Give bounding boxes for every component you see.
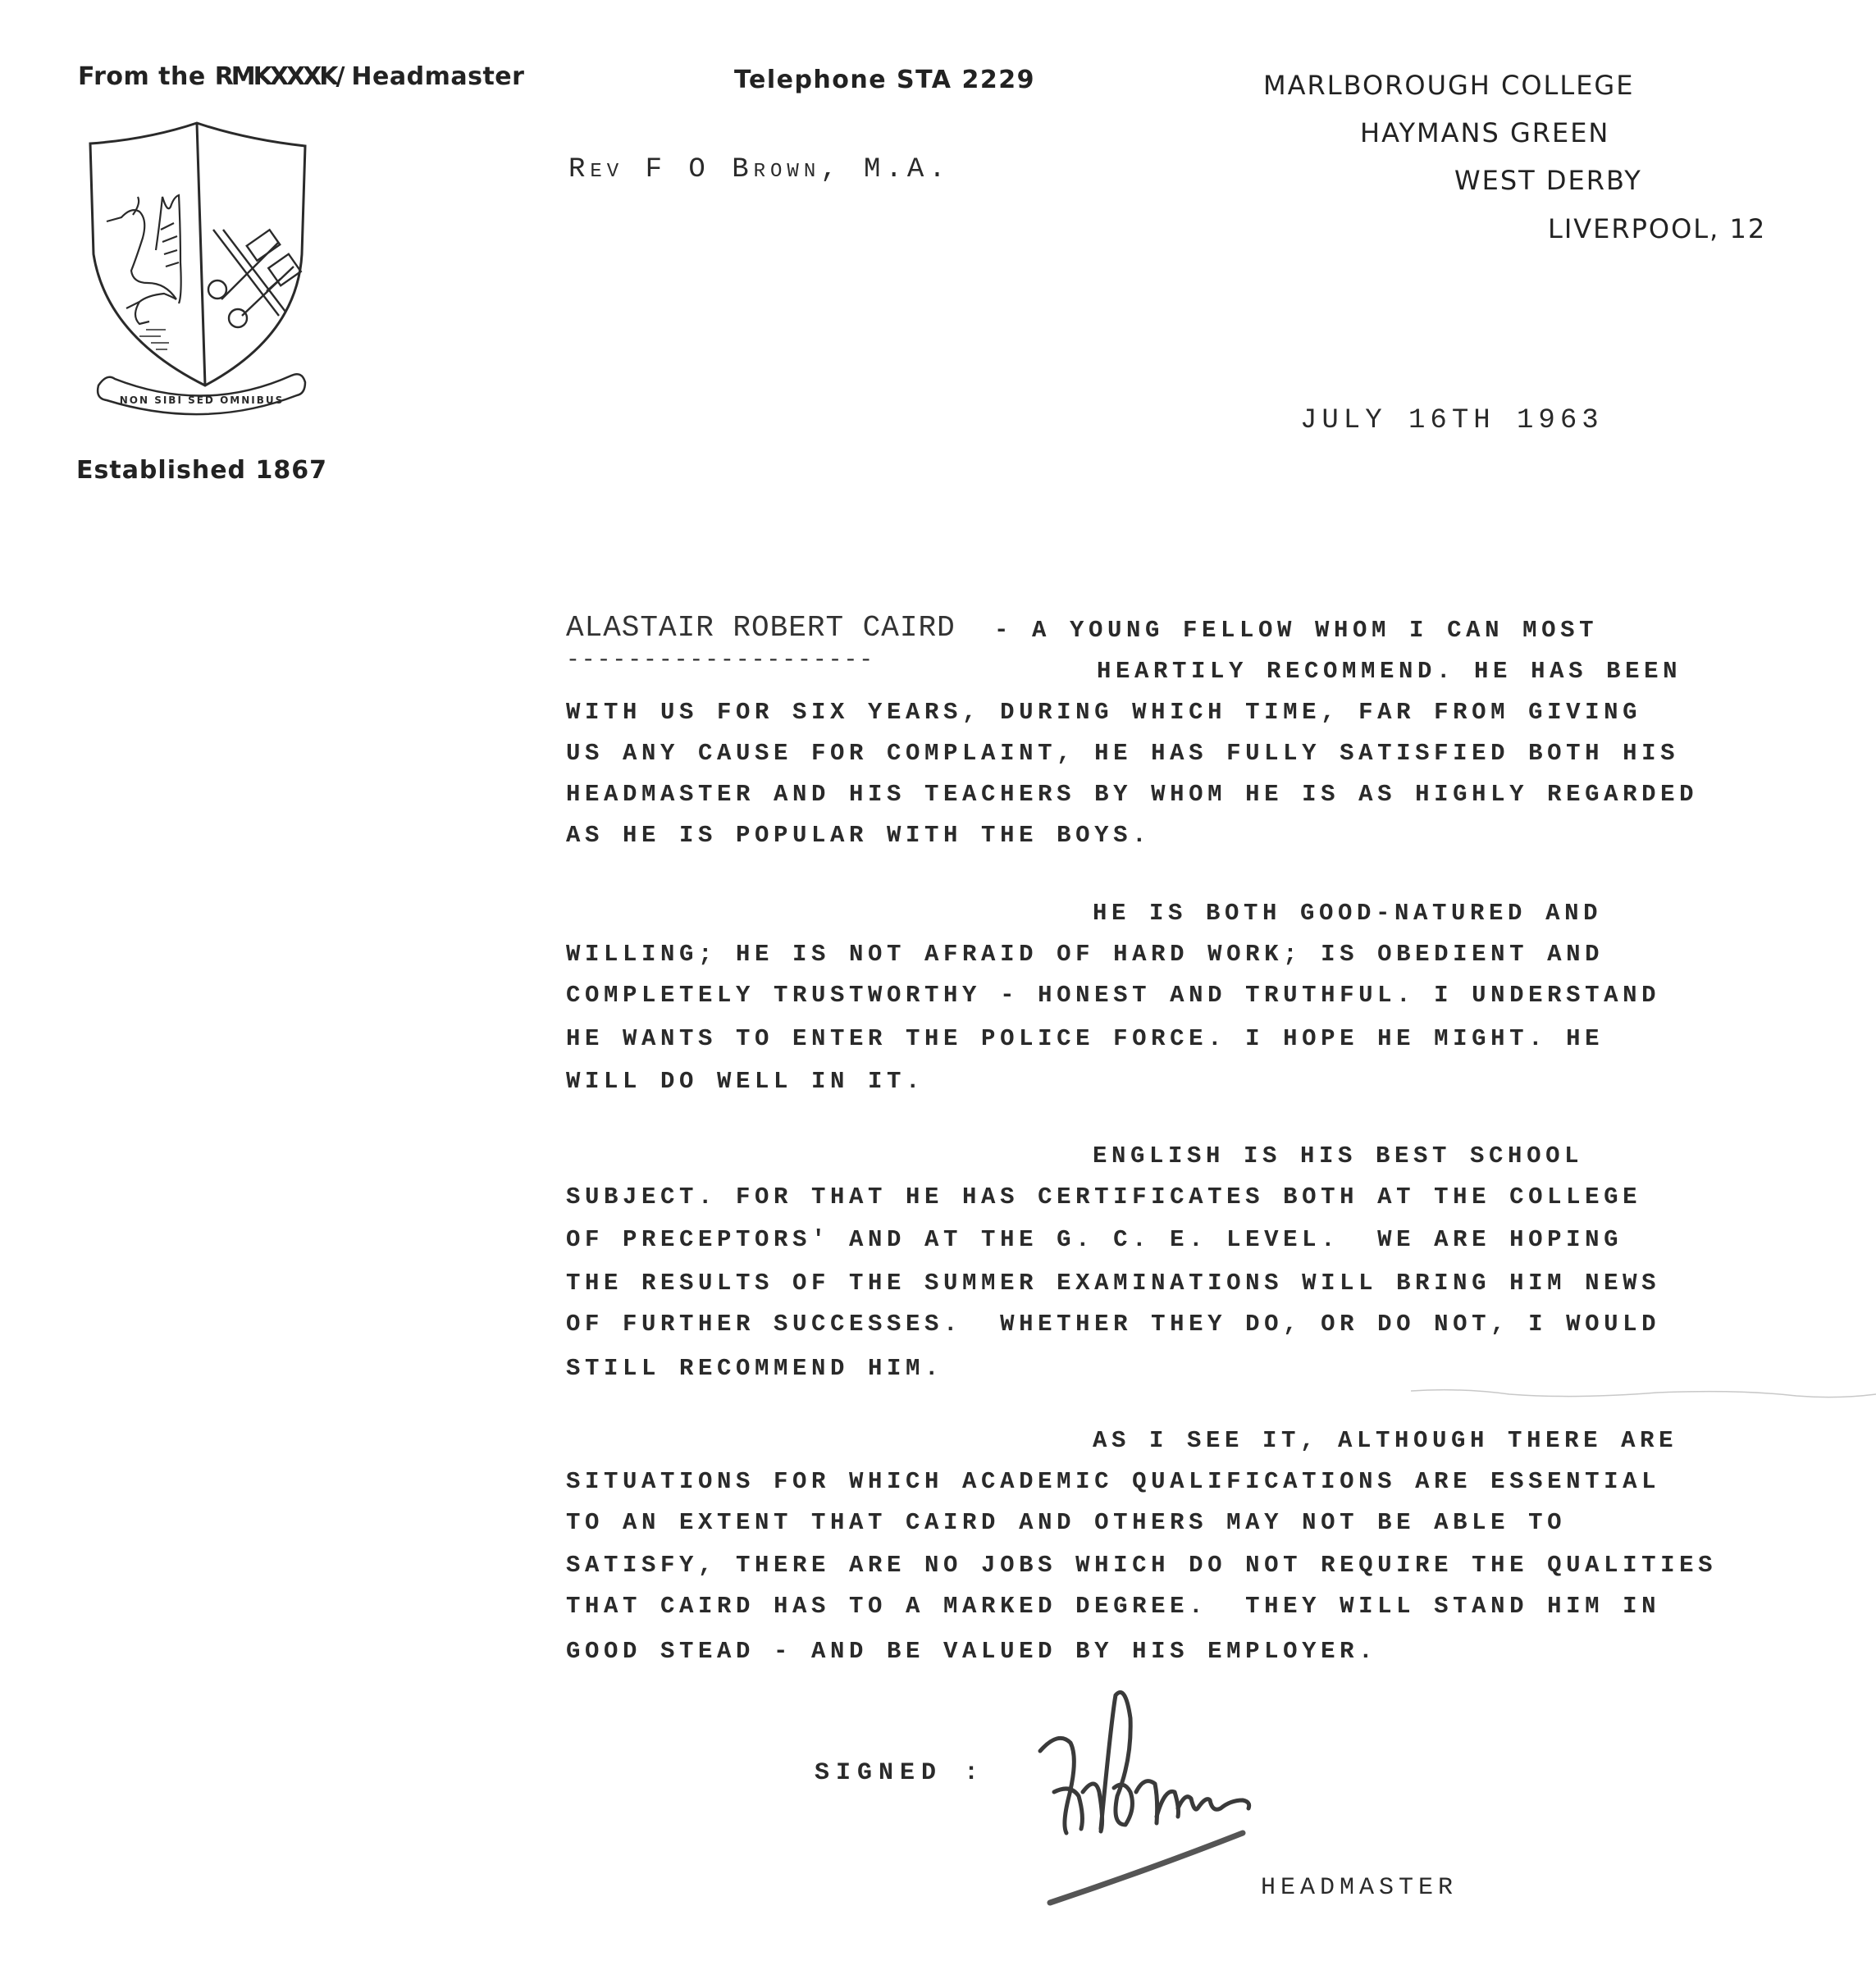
letterhead-from: From the RMKXXXK/ Headmaster bbox=[78, 62, 524, 91]
subject-underline: -------------------- bbox=[566, 648, 874, 673]
from-suffix: Headmaster bbox=[342, 62, 524, 91]
body-line: he wants to enter the police force. I ho… bbox=[566, 1025, 1604, 1052]
from-struck-text: RMKXXXK/ bbox=[215, 62, 343, 91]
body-line: good stead - and be valued by his employ… bbox=[566, 1638, 1377, 1665]
paper-fold-line bbox=[1411, 1386, 1876, 1402]
body-line: heartily recommend. He has been bbox=[1097, 658, 1682, 685]
body-line: willing; he is not afraid of hard work; … bbox=[566, 941, 1604, 968]
body-line: completely trustworthy - honest and trut… bbox=[566, 982, 1660, 1009]
established-year: Established 1867 bbox=[76, 456, 327, 485]
body-line: of Preceptors' and at the G. C. E. Level… bbox=[566, 1226, 1623, 1253]
body-line: As I see it, although there are bbox=[1093, 1427, 1677, 1454]
body-line: satisfy, there are no jobs which do not … bbox=[566, 1552, 1717, 1579]
body-line: of further successes. Whether they do, o… bbox=[566, 1311, 1660, 1338]
body-line: us any cause for complaint, he has fully… bbox=[566, 740, 1679, 767]
address-line-3: WEST DERBY bbox=[1454, 165, 1642, 196]
body-line: that Caird has to a marked degree. They … bbox=[566, 1593, 1660, 1620]
body-line: He is both good-natured and bbox=[1093, 900, 1602, 927]
signatory-title: Headmaster bbox=[1261, 1874, 1458, 1902]
body-line: to an extent that Caird and others may n… bbox=[566, 1509, 1566, 1536]
address-line-2: HAYMANS GREEN bbox=[1360, 117, 1609, 148]
letter-date: July 16th 1963 bbox=[1300, 405, 1604, 436]
body-line: still recommend him. bbox=[566, 1355, 943, 1382]
signed-label: Signed : bbox=[815, 1759, 985, 1787]
recipient-name: Rev F O Brown, M.A. bbox=[568, 154, 951, 185]
letterhead-telephone: Telephone STA 2229 bbox=[734, 66, 1035, 94]
address-line-4: LIVERPOOL, 12 bbox=[1548, 213, 1766, 244]
school-crest-icon: NON SIBI SED OMNIBUS bbox=[82, 115, 320, 418]
body-line: with us for six years, during which time… bbox=[566, 699, 1641, 726]
body-line: subject. For that he has certificates bo… bbox=[566, 1183, 1641, 1211]
body-line: - A young fellow whom I can most bbox=[994, 617, 1598, 644]
body-line: headmaster and his teachers by whom he i… bbox=[566, 781, 1698, 808]
body-line: English is his best school bbox=[1093, 1142, 1583, 1170]
body-line: the results of the summer examinations w… bbox=[566, 1270, 1660, 1297]
body-line: situations for which academic qualificat… bbox=[566, 1468, 1660, 1495]
address-line-1: MARLBOROUGH COLLEGE bbox=[1263, 70, 1634, 101]
crest-motto: NON SIBI SED OMNIBUS bbox=[120, 394, 285, 406]
subject-name: ALASTAIR ROBERT CAIRD bbox=[566, 611, 956, 645]
from-prefix: From the bbox=[78, 62, 215, 91]
body-line: will do well in it. bbox=[566, 1068, 924, 1095]
body-line: as he is popular with the boys. bbox=[566, 822, 1151, 849]
